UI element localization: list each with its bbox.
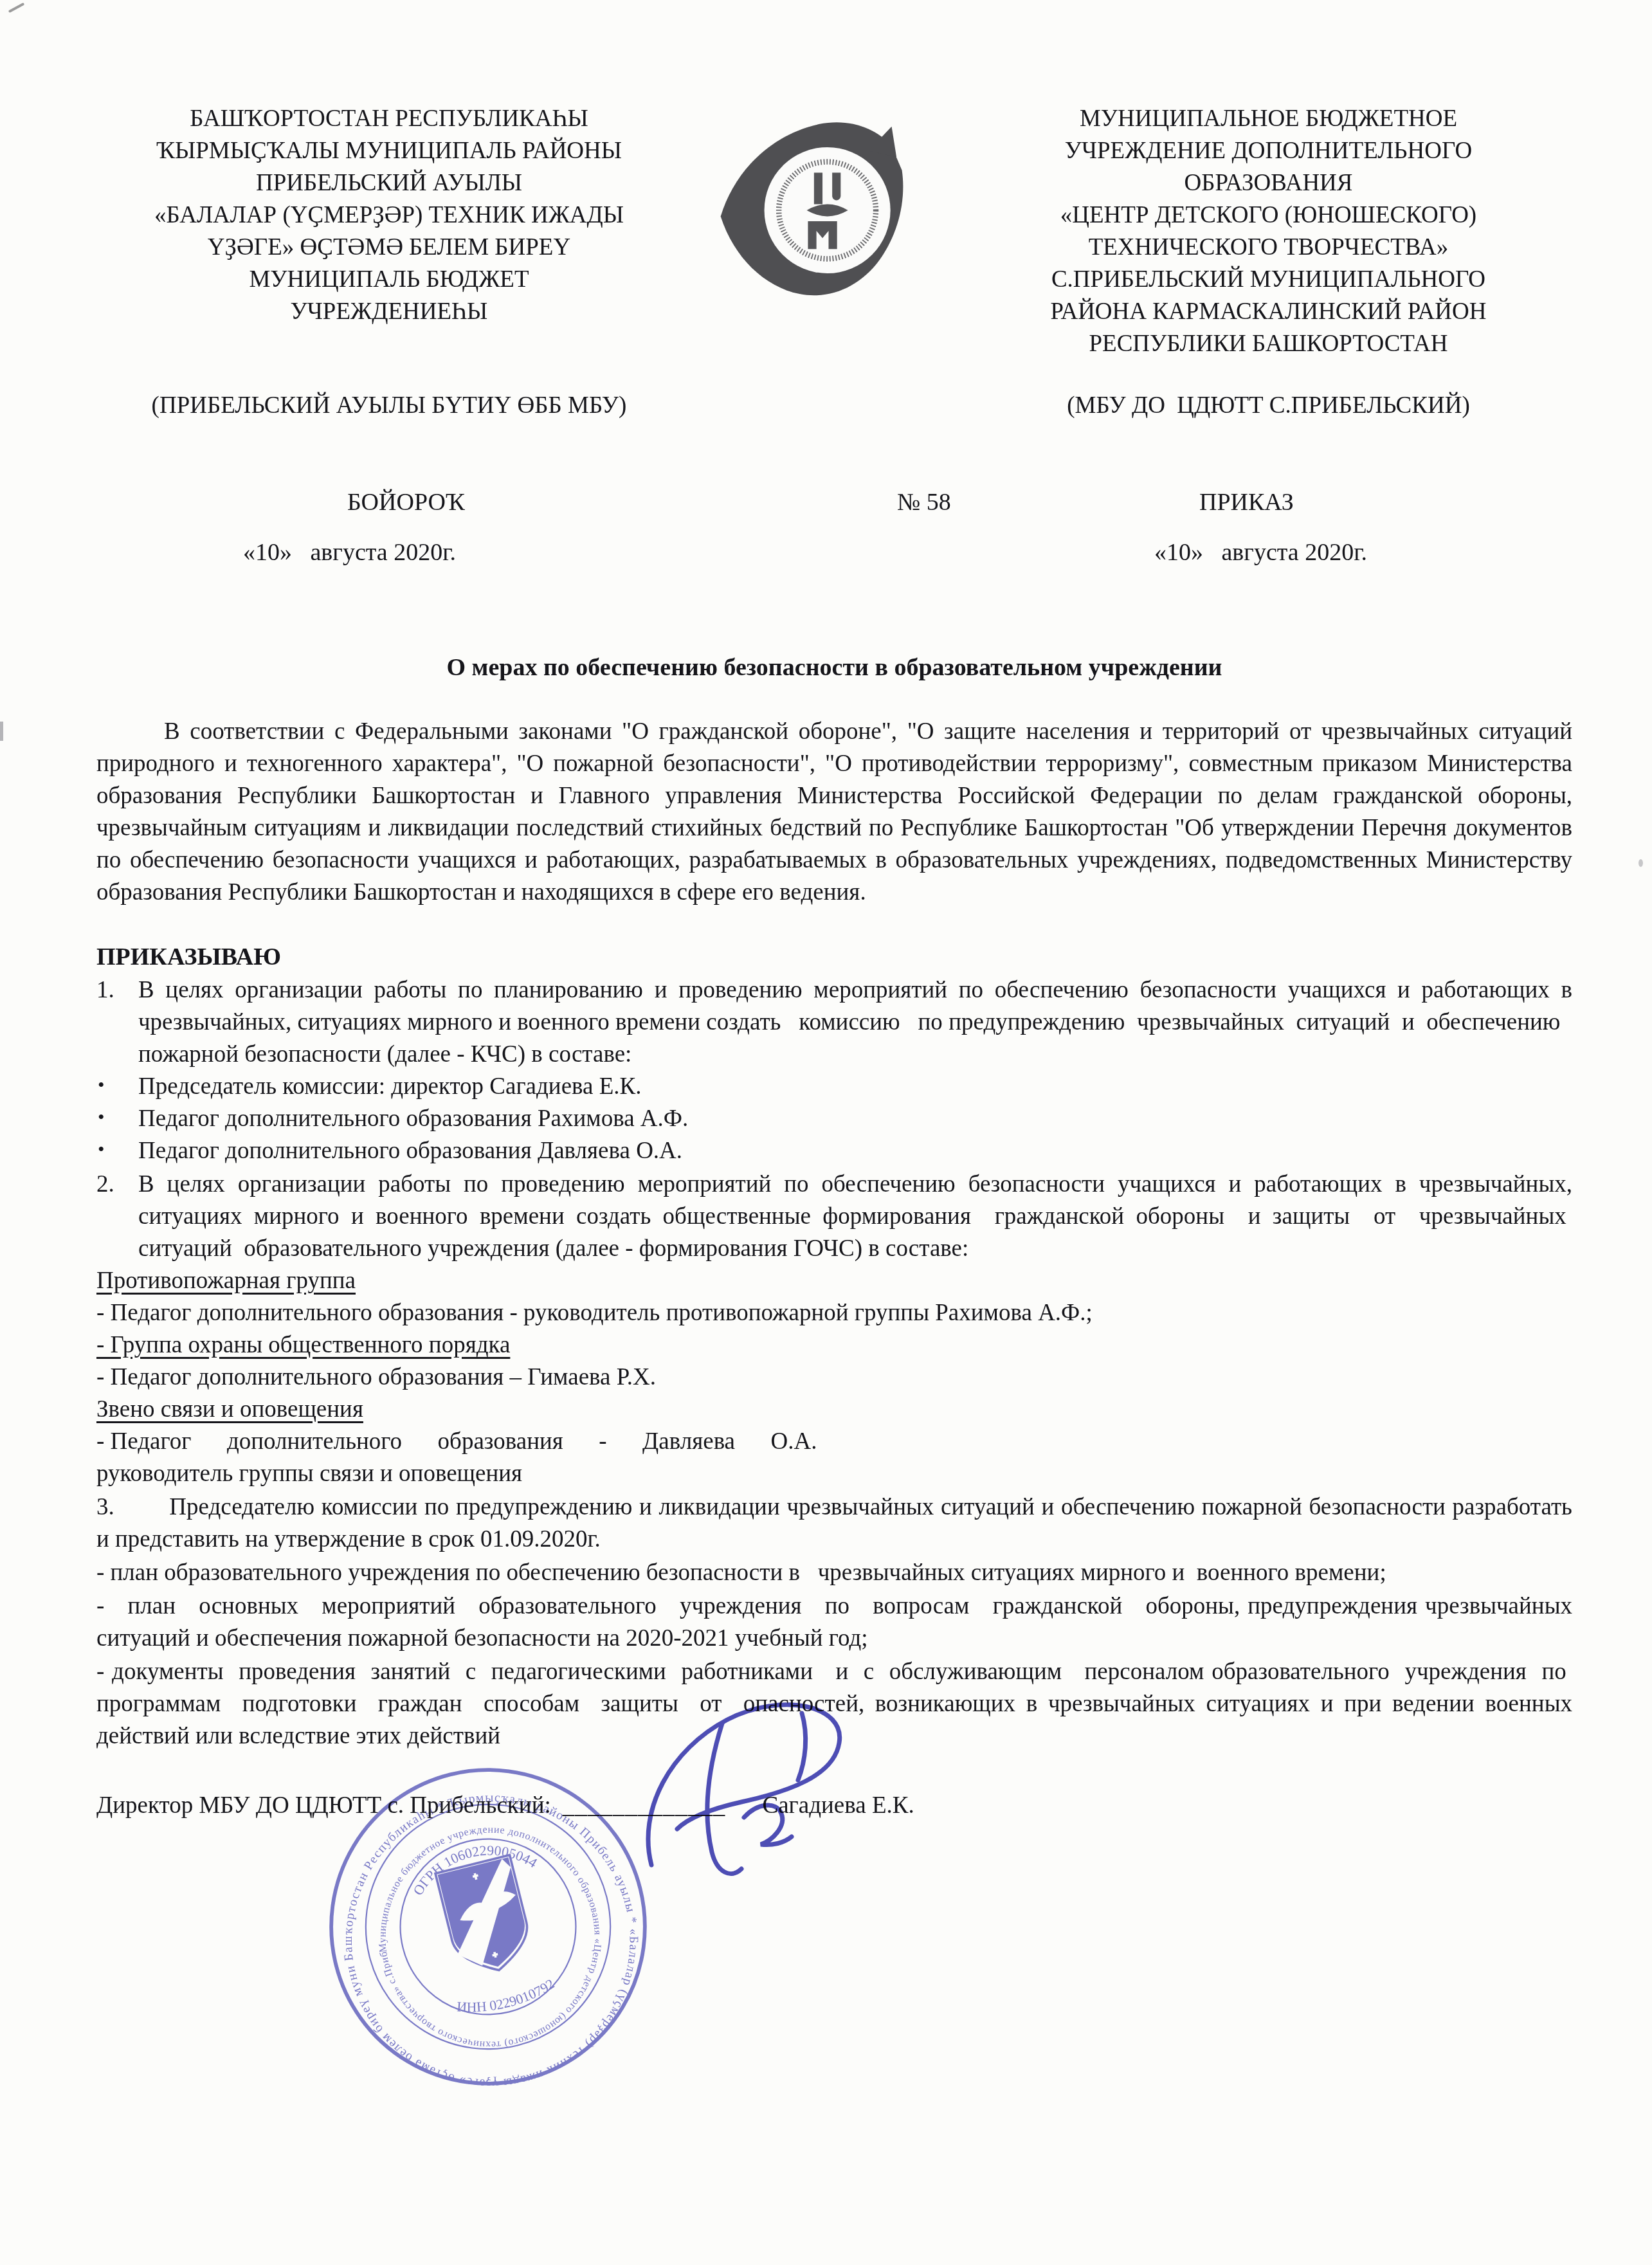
order-date-right: «10» августа 2020г.: [1154, 536, 1367, 569]
bullet-marker: •: [98, 1069, 105, 1102]
resolve-heading: ПРИКАЗЫВАЮ: [96, 941, 1572, 973]
item-text: В целях организации работы по проведению…: [138, 1171, 1572, 1262]
committee-member-row: • Педагог дополнительного образования Да…: [96, 1135, 1572, 1167]
order-title-bashkir: БОЙОРОҠ: [347, 486, 465, 518]
document-content: БАШҠОРТОСТАН РЕСПУБЛИКАҺЫ ҠЫРМЫҪҠАЛЫ МУН…: [96, 103, 1572, 1822]
group-member: - Педагог дополнительного образования - …: [96, 1426, 1572, 1458]
org-left-name: БАШҠОРТОСТАН РЕСПУБЛИКАҺЫ ҠЫРМЫҪҠАЛЫ МУН…: [96, 103, 682, 328]
item-number: 2.: [96, 1169, 114, 1201]
committee-member-row: • Педагог дополнительного образования Ра…: [96, 1103, 1572, 1135]
order-item-3: 3. Председателю комиссии по предупрежден…: [96, 1491, 1572, 1556]
scan-artifact-mark: [8, 3, 25, 13]
item-number: 1.: [96, 974, 114, 1006]
order-title-russian: ПРИКАЗ: [1199, 486, 1294, 518]
order-subject: О мерах по обеспечению безопасности в об…: [96, 651, 1572, 684]
stamp-coat-of-arms: [435, 1855, 536, 1979]
bullet-marker: •: [98, 1102, 105, 1134]
org-left-abbreviation: (ПРИБЕЛЬСКИЙ АУЫЛЫ БҮТИҮ ӨББ МБУ): [96, 390, 682, 422]
intro-paragraph: В соответствии с Федеральными законами "…: [96, 716, 1572, 909]
scan-artifact-mark: [1638, 859, 1643, 867]
group-title-order: - Группа охраны общественного порядка: [96, 1329, 1572, 1361]
committee-member-row: • Председатель комиссии: директор Сагади…: [96, 1071, 1572, 1103]
bullet-marker: •: [98, 1134, 105, 1166]
group-member: - Педагог дополнительного образования - …: [96, 1297, 1572, 1329]
order-date-left: «10» августа 2020г.: [243, 536, 456, 569]
group-title-fire: Противопожарная группа: [96, 1265, 1572, 1297]
group-title-signal: Звено связи и оповещения: [96, 1394, 1572, 1426]
order-item-1: 1. В целях организации работы по планиро…: [96, 974, 1572, 1071]
item-text: В целях организации работы по планирован…: [138, 977, 1572, 1068]
document-page: БАШҠОРТОСТАН РЕСПУБЛИКАҺЫ ҠЫРМЫҪҠАЛЫ МУН…: [0, 0, 1652, 2265]
stamp-inn-text: ИНН 0229010792: [453, 1975, 559, 2023]
org-left-column: БАШҠОРТОСТАН РЕСПУБЛИКАҺЫ ҠЫРМЫҪҠАЛЫ МУН…: [96, 103, 682, 422]
logo-emblem-icon: [717, 114, 929, 327]
org-right-name: МУНИЦИПАЛЬНОЕ БЮДЖЕТНОЕ УЧРЕЖДЕНИЕ ДОПОЛ…: [965, 103, 1572, 360]
signature-ink: [576, 1651, 878, 1902]
org-logo: [682, 103, 965, 422]
committee-member: Педагог дополнительного образования Давл…: [138, 1138, 682, 1164]
order-number: № 58: [897, 486, 951, 518]
plan-dash-item: - план основных мероприятий образователь…: [96, 1590, 1572, 1655]
order-header-row: БОЙОРОҠ № 58 ПРИКАЗ «10» августа 2020г. …: [96, 486, 1572, 618]
plan-dash-item: - план образовательного учреждения по об…: [96, 1557, 1572, 1589]
committee-member: Председатель комиссии: директор Сагадиев…: [138, 1073, 642, 1100]
group-member: - Педагог дополнительного образования – …: [96, 1361, 1572, 1394]
letterhead: БАШҠОРТОСТАН РЕСПУБЛИКАҺЫ ҠЫРМЫҪҠАЛЫ МУН…: [96, 103, 1572, 422]
group-member: руководитель группы связи и оповещения: [96, 1458, 1572, 1490]
order-item-2: 2. В целях организации работы по проведе…: [96, 1169, 1572, 1265]
org-right-column: МУНИЦИПАЛЬНОЕ БЮДЖЕТНОЕ УЧРЕЖДЕНИЕ ДОПОЛ…: [965, 103, 1572, 422]
svg-text:ИНН 0229010792: ИНН 0229010792: [453, 1975, 559, 2023]
scan-artifact-mark: [0, 722, 3, 741]
committee-member: Педагог дополнительного образования Рахи…: [138, 1105, 688, 1132]
org-right-abbreviation: (МБУ ДО ЦДЮТТ С.ПРИБЕЛЬСКИЙ): [965, 390, 1572, 422]
